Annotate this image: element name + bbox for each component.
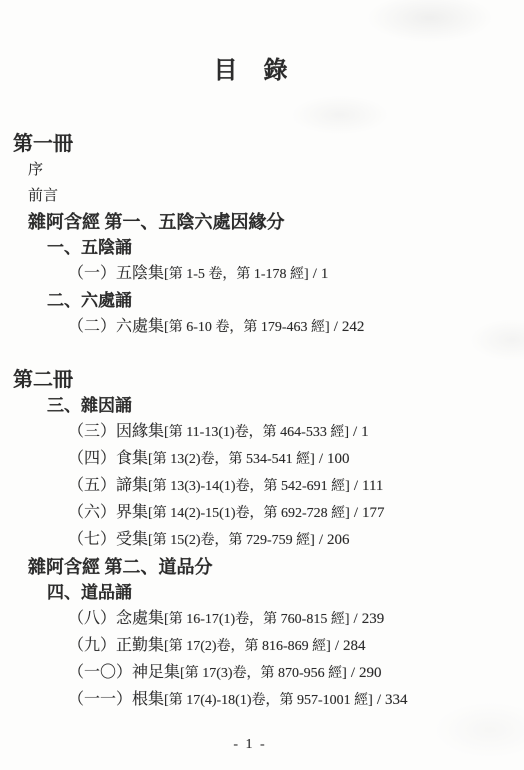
entry-title: 六處集: [116, 318, 164, 335]
entry-title: 界集: [116, 504, 148, 521]
entry-page: 1: [361, 424, 369, 440]
toc-plain-line: 序: [0, 157, 524, 183]
entry-separator: /: [335, 638, 339, 654]
entry-number: （八）: [68, 610, 116, 627]
toc-list: 第一冊序前言雜阿含經 第一、五陰六處因緣分一、五陰誦（一）五陰集[第 1-5 卷…: [0, 131, 524, 714]
entry-page: 1: [321, 266, 329, 282]
toc-entry-line: （一）五陰集[第 1-5 卷，第 1-178 經]/1: [0, 261, 524, 288]
entry-title: 諦集: [116, 477, 148, 494]
entry-title: 神足集: [132, 664, 180, 681]
entry-number: （六）: [68, 504, 116, 521]
toc-entry-line: （二）六處集[第 6-10 卷，第 179-463 經]/242: [0, 314, 524, 341]
entry-page: 177: [362, 505, 385, 521]
toc-part-line: 雜阿含經 第二、道品分: [0, 554, 524, 580]
entry-number: （二）: [68, 318, 116, 335]
entry-separator: /: [334, 319, 338, 335]
entry-number: （三）: [68, 423, 116, 440]
toc-part-line: 雜阿含經 第一、五陰六處因緣分: [0, 209, 524, 235]
entry-detail: [第 17(4)-18(1)卷，第 957-1001 經]: [164, 693, 373, 708]
entry-title: 念處集: [116, 610, 164, 627]
toc-entry-line: （七）受集[第 15(2)卷，第 729-759 經]/206: [0, 527, 524, 554]
toc-section-line: 二、六處誦: [0, 288, 524, 314]
toc-page: 目 錄 第一冊序前言雜阿含經 第一、五陰六處因緣分一、五陰誦（一）五陰集[第 1…: [0, 0, 524, 770]
toc-entry-line: （九）正勤集[第 17(2)卷，第 816-869 經]/284: [0, 633, 524, 660]
entry-title: 因緣集: [116, 423, 164, 440]
entry-separator: /: [319, 532, 323, 548]
entry-number: （七）: [68, 531, 116, 548]
toc-section-line: 三、雜因誦: [0, 393, 524, 419]
toc-entry-line: （一一）根集[第 17(4)-18(1)卷，第 957-1001 經]/334: [0, 687, 524, 714]
entry-title: 五陰集: [116, 265, 164, 282]
page-title: 目 錄: [0, 58, 524, 84]
entry-page: 100: [327, 451, 350, 467]
entry-page: 334: [385, 692, 408, 708]
toc-entry-line: （三）因緣集[第 11-13(1)卷，第 464-533 經]/1: [0, 419, 524, 446]
toc-entry-line: （一〇）神足集[第 17(3)卷，第 870-956 經]/290: [0, 660, 524, 687]
entry-page: 239: [362, 611, 385, 627]
entry-title: 根集: [132, 691, 164, 708]
entry-separator: /: [354, 611, 358, 627]
entry-number: （九）: [68, 637, 116, 654]
toc-plain-line: 前言: [0, 183, 524, 209]
entry-separator: /: [319, 451, 323, 467]
toc-section-line: 四、道品誦: [0, 580, 524, 606]
entry-number: （五）: [68, 477, 116, 494]
entry-separator: /: [353, 424, 357, 440]
entry-page: 206: [327, 532, 350, 548]
entry-title: 受集: [116, 531, 148, 548]
toc-entry-line: （六）界集[第 14(2)-15(1)卷，第 692-728 經]/177: [0, 500, 524, 527]
page-number-footer: - 1 -: [0, 737, 524, 753]
entry-page: 111: [362, 478, 383, 494]
entry-separator: /: [313, 266, 317, 282]
entry-detail: [第 11-13(1)卷，第 464-533 經]: [164, 425, 349, 440]
entry-number: （一〇）: [68, 664, 132, 681]
entry-page: 242: [342, 319, 365, 335]
entry-number: （四）: [68, 450, 116, 467]
entry-number: （一）: [68, 265, 116, 282]
entry-detail: [第 1-5 卷，第 1-178 經]: [164, 267, 309, 282]
entry-page: 284: [343, 638, 366, 654]
entry-detail: [第 17(3)卷，第 870-956 經]: [180, 666, 347, 681]
entry-separator: /: [377, 692, 381, 708]
entry-separator: /: [354, 505, 358, 521]
toc-entry-line: （八）念處集[第 16-17(1)卷，第 760-815 經]/239: [0, 606, 524, 633]
entry-title: 食集: [116, 450, 148, 467]
entry-number: （一一）: [68, 691, 132, 708]
toc-volume-line: 第二冊: [0, 367, 524, 393]
entry-detail: [第 6-10 卷，第 179-463 經]: [164, 320, 330, 335]
entry-detail: [第 13(2)卷，第 534-541 經]: [148, 452, 315, 467]
entry-title: 正勤集: [116, 637, 164, 654]
toc-volume-line: 第一冊: [0, 131, 524, 157]
entry-detail: [第 13(3)-14(1)卷，第 542-691 經]: [148, 479, 350, 494]
entry-page: 290: [359, 665, 382, 681]
entry-detail: [第 17(2)卷，第 816-869 經]: [164, 639, 331, 654]
entry-separator: /: [354, 478, 358, 494]
entry-detail: [第 15(2)卷，第 729-759 經]: [148, 533, 315, 548]
toc-entry-line: （四）食集[第 13(2)卷，第 534-541 經]/100: [0, 446, 524, 473]
entry-separator: /: [351, 665, 355, 681]
toc-entry-line: （五）諦集[第 13(3)-14(1)卷，第 542-691 經]/111: [0, 473, 524, 500]
entry-detail: [第 14(2)-15(1)卷，第 692-728 經]: [148, 506, 350, 521]
entry-detail: [第 16-17(1)卷，第 760-815 經]: [164, 612, 349, 627]
toc-section-line: 一、五陰誦: [0, 235, 524, 261]
